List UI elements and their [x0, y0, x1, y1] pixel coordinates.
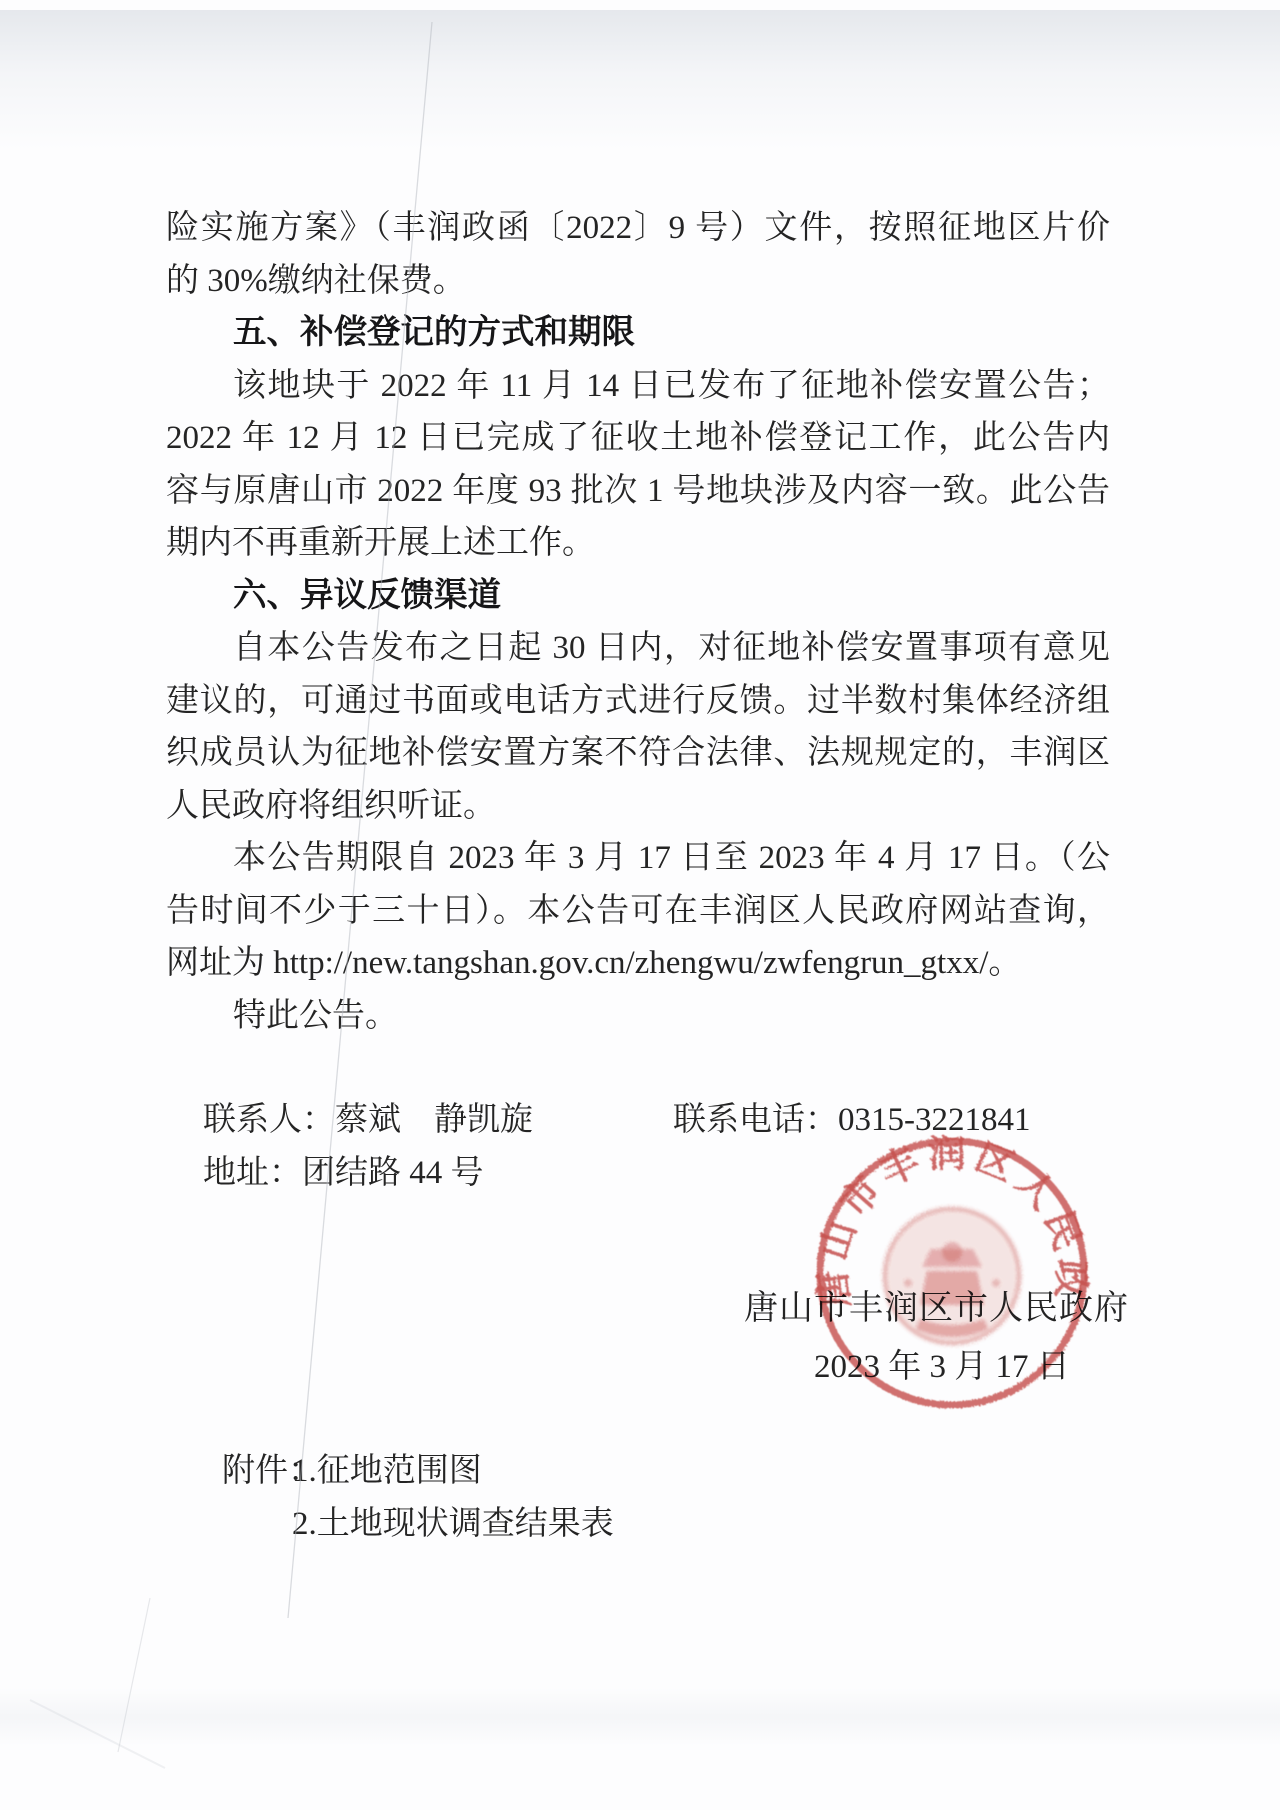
text-line: 本公告期限自 2023 年 3 月 17 日至 2023 年 4 月 17 日。…: [166, 832, 1110, 885]
attachment-line-1: 附件： 1.征地范围图: [166, 1445, 1110, 1498]
document-body: 险实施方案》（丰润政函〔2022〕9 号）文件，按照征地区片价的 30%缴纳社保…: [166, 202, 1110, 1042]
official-seal: 唐山市丰润区人民政府: [812, 1133, 1092, 1413]
attachment-item-1: 1.征地范围图: [292, 1445, 482, 1498]
text-line: 自本公告发布之日起 30 日内，对征地补偿安置事项有意见: [166, 622, 1110, 675]
national-emblem-icon: [882, 1206, 1022, 1346]
attachments-block: 附件： 1.征地范围图 2.土地现状调查结果表: [166, 1445, 1110, 1550]
text-line: 的 30%缴纳社保费。: [166, 255, 1110, 308]
text-line: 期内不再重新开展上述工作。: [166, 517, 1110, 570]
text-line: 网址为 http://new.tangshan.gov.cn/zhengwu/z…: [166, 937, 1110, 990]
contact-address: 地址：团结路 44 号: [203, 1147, 484, 1200]
paragraph-section5: 该地块于 2022 年 11 月 14 日已发布了征地补偿安置公告；2022 年…: [166, 360, 1110, 570]
text-line: 2022 年 12 月 12 日已完成了征收土地补偿登记工作，此公告内: [166, 412, 1110, 465]
paragraph-section6-feedback: 自本公告发布之日起 30 日内，对征地补偿安置事项有意见建议的，可通过书面或电话…: [166, 622, 1110, 832]
text-line: 险实施方案》（丰润政函〔2022〕9 号）文件，按照征地区片价: [166, 202, 1110, 255]
section-heading-6: 六、异议反馈渠道: [166, 570, 1110, 623]
text-line: 人民政府将组织听证。: [166, 780, 1110, 833]
text-line: 织成员认为征地补偿安置方案不符合法律、法规规定的，丰润区: [166, 727, 1110, 780]
contact-person: 联系人：蔡斌 静凯旋: [203, 1094, 533, 1147]
attachment-line-2: 2.土地现状调查结果表: [166, 1498, 1110, 1551]
text-line: 建议的，可通过书面或电话方式进行反馈。过半数村集体经济组: [166, 675, 1110, 728]
closing-line: 特此公告。: [166, 990, 1110, 1043]
attachment-item-2: 2.土地现状调查结果表: [292, 1498, 614, 1551]
scan-top-shadow: [0, 10, 1280, 150]
paragraph-continuation: 险实施方案》（丰润政函〔2022〕9 号）文件，按照征地区片价的 30%缴纳社保…: [166, 202, 1110, 307]
paragraph-section6-period: 本公告期限自 2023 年 3 月 17 日至 2023 年 4 月 17 日。…: [166, 832, 1110, 990]
text-line: 该地块于 2022 年 11 月 14 日已发布了征地补偿安置公告；: [166, 360, 1110, 413]
scan-paper-texture-band: [0, 1688, 1280, 1746]
text-line: 告时间不少于三十日）。本公告可在丰润区人民政府网站查询，: [166, 885, 1110, 938]
scanned-document-page: 险实施方案》（丰润政函〔2022〕9 号）文件，按照征地区片价的 30%缴纳社保…: [0, 0, 1280, 1810]
text-line: 容与原唐山市 2022 年度 93 批次 1 号地块涉及内容一致。此公告: [166, 465, 1110, 518]
section-heading-5: 五、补偿登记的方式和期限: [166, 307, 1110, 360]
